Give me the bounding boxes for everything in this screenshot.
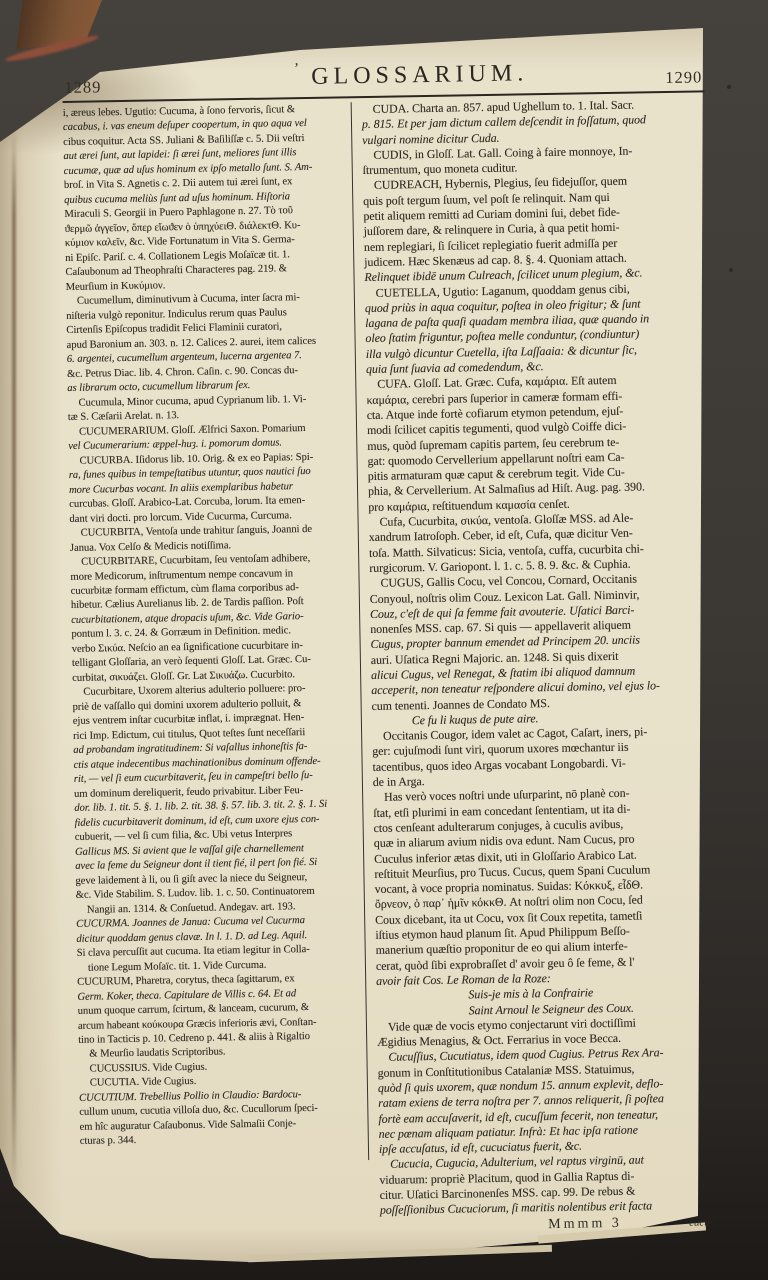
page-number-right: 1290	[665, 67, 702, 88]
page-title: GLOSSARIUM.	[311, 58, 528, 92]
right-column-text: CUDA. Charta an. 857. apud Ughellum to. …	[362, 96, 724, 1218]
paper-speck	[729, 268, 733, 272]
catchword: cucu-	[689, 1215, 713, 1231]
left-column: i, æreus lebes. Ugutio: Cucuma, à ſono f…	[63, 102, 366, 1241]
right-column: CUDA. Charta an. 857. apud Ughellum to. …	[356, 96, 724, 1236]
signature-mark: Mmmm 3	[548, 1216, 622, 1233]
paper-speck	[727, 85, 731, 89]
page-number-left: 1289	[64, 77, 101, 98]
title-ornament: ʼ	[294, 62, 299, 77]
text-columns: i, æreus lebes. Ugutio: Cucuma, à ſono f…	[63, 96, 724, 1240]
page-content: 1289 ʼ GLOSSARIUM. 1290 i, æreus lebes. …	[62, 55, 723, 1240]
book-photo: 1289 ʼ GLOSSARIUM. 1290 i, æreus lebes. …	[0, 0, 768, 1280]
gutter-crease	[12, 130, 16, 1192]
running-title: ʼ GLOSSARIUM.	[294, 58, 528, 92]
